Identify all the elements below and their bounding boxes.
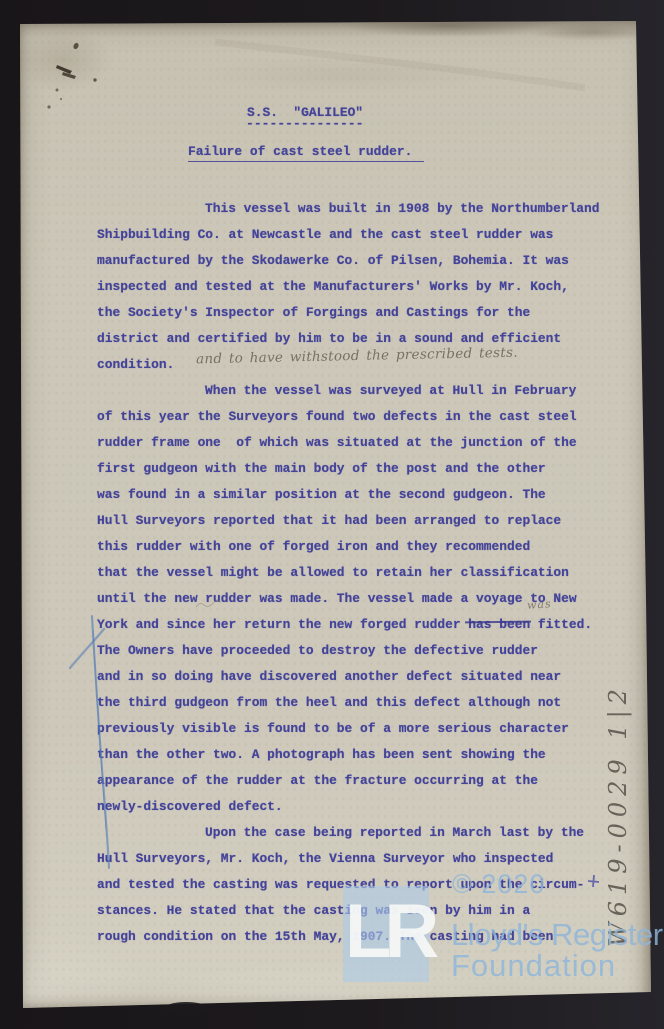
typed-line: manufactured by the Skodawerke Co. of Pi…: [97, 248, 617, 274]
logo-lr-letters: LR: [345, 894, 432, 970]
typed-line: inspected and tested at the Manufacturer…: [97, 274, 617, 300]
typed-line: previously visible is found to be of a m…: [97, 716, 617, 742]
typed-line: that the vessel might be allowed to reta…: [97, 560, 617, 586]
typed-line: Upon the case being reported in March la…: [97, 820, 617, 846]
typed-line: rudder frame one of which was situated a…: [97, 430, 617, 456]
watermark-copyright: © 2020: [452, 869, 545, 900]
typed-line: of this year the Surveyors found two def…: [97, 404, 617, 430]
document-subtitle: Failure of cast steel rudder.: [188, 144, 424, 162]
typed-line: York and since her return the new forged…: [97, 612, 617, 638]
typed-line: was found in a similar position at the s…: [97, 482, 617, 508]
typed-line: Shipbuilding Co. at Newcastle and the ca…: [97, 222, 617, 248]
typed-line: this rudder with one of forged iron and …: [97, 534, 617, 560]
typed-line: the third gudgeon from the heel and this…: [97, 690, 617, 716]
typed-line: than the other two. A photograph has bee…: [97, 742, 617, 768]
lloyds-register-logo: LR: [343, 886, 429, 982]
margin-reference-number: W619-0029 1|2: [604, 683, 632, 947]
typed-line: When the vessel was surveyed at Hull in …: [97, 378, 617, 404]
typed-line: This vessel was built in 1908 by the Nor…: [97, 196, 617, 222]
typed-line: newly-discovered defect.: [97, 794, 617, 820]
typed-line: appearance of the rudder at the fracture…: [97, 768, 617, 794]
typed-line: first gudgeon with the main body of the …: [97, 456, 617, 482]
typed-line: the Society's Inspector of Forgings and …: [97, 300, 617, 326]
scanned-document-photo: S.S. "GALILEO" --------------- Failure o…: [0, 0, 664, 1029]
typed-line: and in so doing have discovered another …: [97, 664, 617, 690]
title-underline-dashes: ---------------: [246, 116, 364, 131]
typed-line: The Owners have proceeded to destroy the…: [97, 638, 617, 664]
typed-line: Hull Surveyors reported that it had been…: [97, 508, 617, 534]
handwritten-word-was: was: [527, 597, 552, 612]
watermark-foundation: Foundation: [451, 948, 616, 984]
typed-body: This vessel was built in 1908 by the Nor…: [97, 196, 617, 950]
